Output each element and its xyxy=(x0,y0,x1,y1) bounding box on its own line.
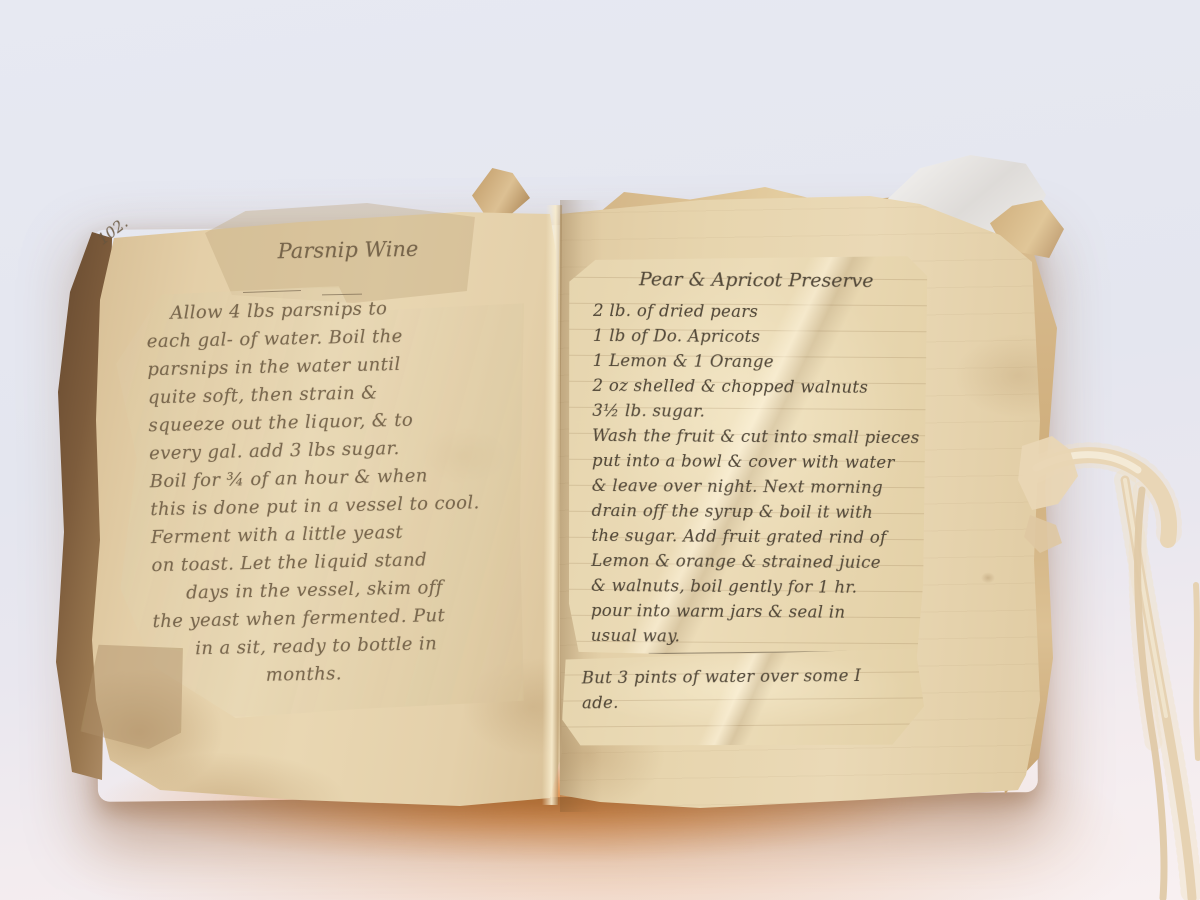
recipe-title: Parsnip Wine xyxy=(228,236,468,264)
recipe-book-photo: Pear & Apricot Preserve 2 lb. of dried p… xyxy=(0,0,1200,900)
recipe-body: Allow 4 lbs parsnips to each gal- of wat… xyxy=(146,292,554,692)
